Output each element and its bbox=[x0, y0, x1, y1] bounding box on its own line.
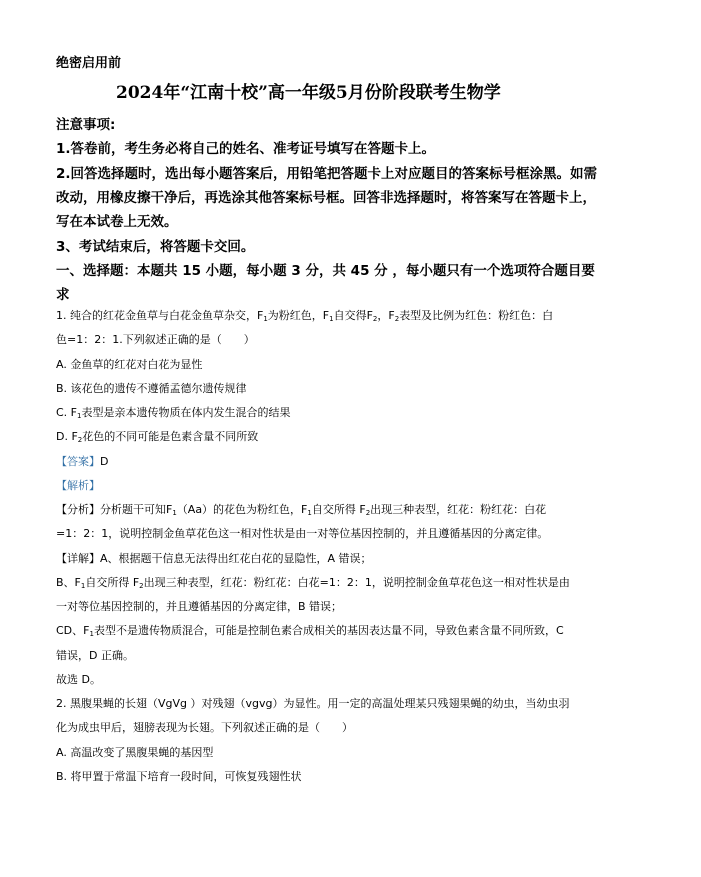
text: 出现三种表型，红花：粉红花：白花=1：2：1，说明控制金鱼草花色这一相对性状是由 bbox=[144, 576, 570, 589]
text: A、根据题干信息无法得出红花白花的显隐性，A 错误； bbox=[100, 552, 372, 565]
analysis-tag: 【解析】 bbox=[56, 477, 100, 493]
q1-xiangjie-cd-cont: 错误，D 正确。 bbox=[56, 647, 134, 663]
q1-xiangjie-b-cont: 一对等位基因控制的，并且遵循基因的分离定律，B 错误； bbox=[56, 598, 342, 614]
text: 自交所得 F bbox=[312, 503, 366, 516]
fenxi-tag: 【分析】 bbox=[56, 503, 100, 516]
q2-option-b: B. 将甲置于常温下培育一段时间，可恢复残翅性状 bbox=[56, 768, 302, 784]
answer-value: D bbox=[100, 455, 108, 468]
q2-stem-cont: 化为成虫甲后，翅膀表现为长翅。下列叙述正确的是（ ） bbox=[56, 719, 353, 735]
text: （Aa）的花色为粉红色，F bbox=[177, 503, 308, 516]
q1-stem-cont: 色=1：2：1.下列叙述正确的是（ ） bbox=[56, 331, 255, 347]
text: 为粉红色，F bbox=[268, 309, 329, 322]
text: D. F bbox=[56, 430, 78, 443]
q1-conclusion: 故选 D。 bbox=[56, 671, 101, 687]
text: CD、F bbox=[56, 624, 89, 637]
q2-stem: 2. 黑腹果蝇的长翅（VgVg ）对残翅（vgvg）为显性。用一定的高温处理某只… bbox=[56, 695, 569, 711]
text: C. F bbox=[56, 406, 77, 419]
section-heading: 一、选择题：本题共 15 小题，每小题 3 分，共 45 分 ，每小题只有一个选… bbox=[56, 259, 595, 279]
text: 分析题干可知F bbox=[100, 503, 172, 516]
text: 表型不是遗传物质混合，可能是控制色素合成相关的基因表达量不同，导致色素含量不同所… bbox=[94, 624, 564, 637]
note-item: 改动，用橡皮擦干净后，再选涂其他答案标号框。回答非选择题时，将答案写在答题卡上， bbox=[56, 186, 596, 206]
text: ，F bbox=[377, 309, 394, 322]
q1-xiangjie: 【详解】A、根据题干信息无法得出红花白花的显隐性，A 错误； bbox=[56, 550, 372, 566]
xiangjie-tag: 【详解】 bbox=[56, 552, 100, 565]
text: 自交所得 F bbox=[85, 576, 139, 589]
notes-heading: 注意事项: bbox=[56, 113, 115, 133]
q1-fenxi: 【分析】分析题干可知F1（Aa）的花色为粉红色，F1自交所得 F2出现三种表型，… bbox=[56, 501, 546, 517]
q1-fenxi-cont: =1：2：1，说明控制金鱼草花色这一相对性状是由一对等位基因控制的，并且遵循基因… bbox=[56, 525, 548, 541]
text: 表型及比例为红色：粉红色：白 bbox=[399, 309, 553, 322]
q1-answer: 【答案】D bbox=[56, 453, 108, 469]
text: 花色的不同可能是色素含量不同所致 bbox=[82, 430, 258, 443]
q1-option-b: B. 该花色的遗传不遵循孟德尔遗传规律 bbox=[56, 380, 247, 396]
text: 1. 纯合的红花金鱼草与白花金鱼草杂交，F bbox=[56, 309, 263, 322]
q2-option-a: A. 高温改变了黑腹果蝇的基因型 bbox=[56, 744, 213, 760]
note-item: 1.答卷前，考生务必将自己的姓名、准考证号填写在答题卡上。 bbox=[56, 137, 435, 157]
q1-xiangjie-cd: CD、F1表型不是遗传物质混合，可能是控制色素合成相关的基因表达量不同，导致色素… bbox=[56, 622, 564, 638]
text: B、F bbox=[56, 576, 81, 589]
q1-option-a: A. 金鱼草的红花对白花为显性 bbox=[56, 356, 202, 372]
text: 自交得F bbox=[334, 309, 373, 322]
note-item: 2.回答选择题时，选出每小题答案后，用铅笔把答题卡上对应题目的答案标号框涂黑。如… bbox=[56, 162, 597, 182]
text: 表型是亲本遗传物质在体内发生混合的结果 bbox=[81, 406, 290, 419]
q1-option-c: C. F1表型是亲本遗传物质在体内发生混合的结果 bbox=[56, 404, 290, 420]
text: 出现三种表型，红花：粉红花：白花 bbox=[370, 503, 546, 516]
q1-stem: 1. 纯合的红花金鱼草与白花金鱼草杂交，F1为粉红色，F1自交得F2，F2表型及… bbox=[56, 307, 553, 323]
document-page: 绝密启用前 2024年“江南十校”高一年级5月份阶段联考生物学 注意事项: 1.… bbox=[0, 0, 701, 877]
note-item: 3、考试结束后，将答题卡交回。 bbox=[56, 235, 254, 255]
confidential-label: 绝密启用前 bbox=[56, 52, 121, 71]
page-title: 2024年“江南十校”高一年级5月份阶段联考生物学 bbox=[116, 78, 501, 103]
section-heading-cont: 求 bbox=[56, 283, 70, 303]
answer-tag: 【答案】 bbox=[56, 455, 100, 468]
q1-option-d: D. F2花色的不同可能是色素含量不同所致 bbox=[56, 428, 258, 444]
q1-xiangjie-b: B、F1自交所得 F2出现三种表型，红花：粉红花：白花=1：2：1，说明控制金鱼… bbox=[56, 574, 570, 590]
note-item: 写在本试卷上无效。 bbox=[56, 210, 178, 230]
